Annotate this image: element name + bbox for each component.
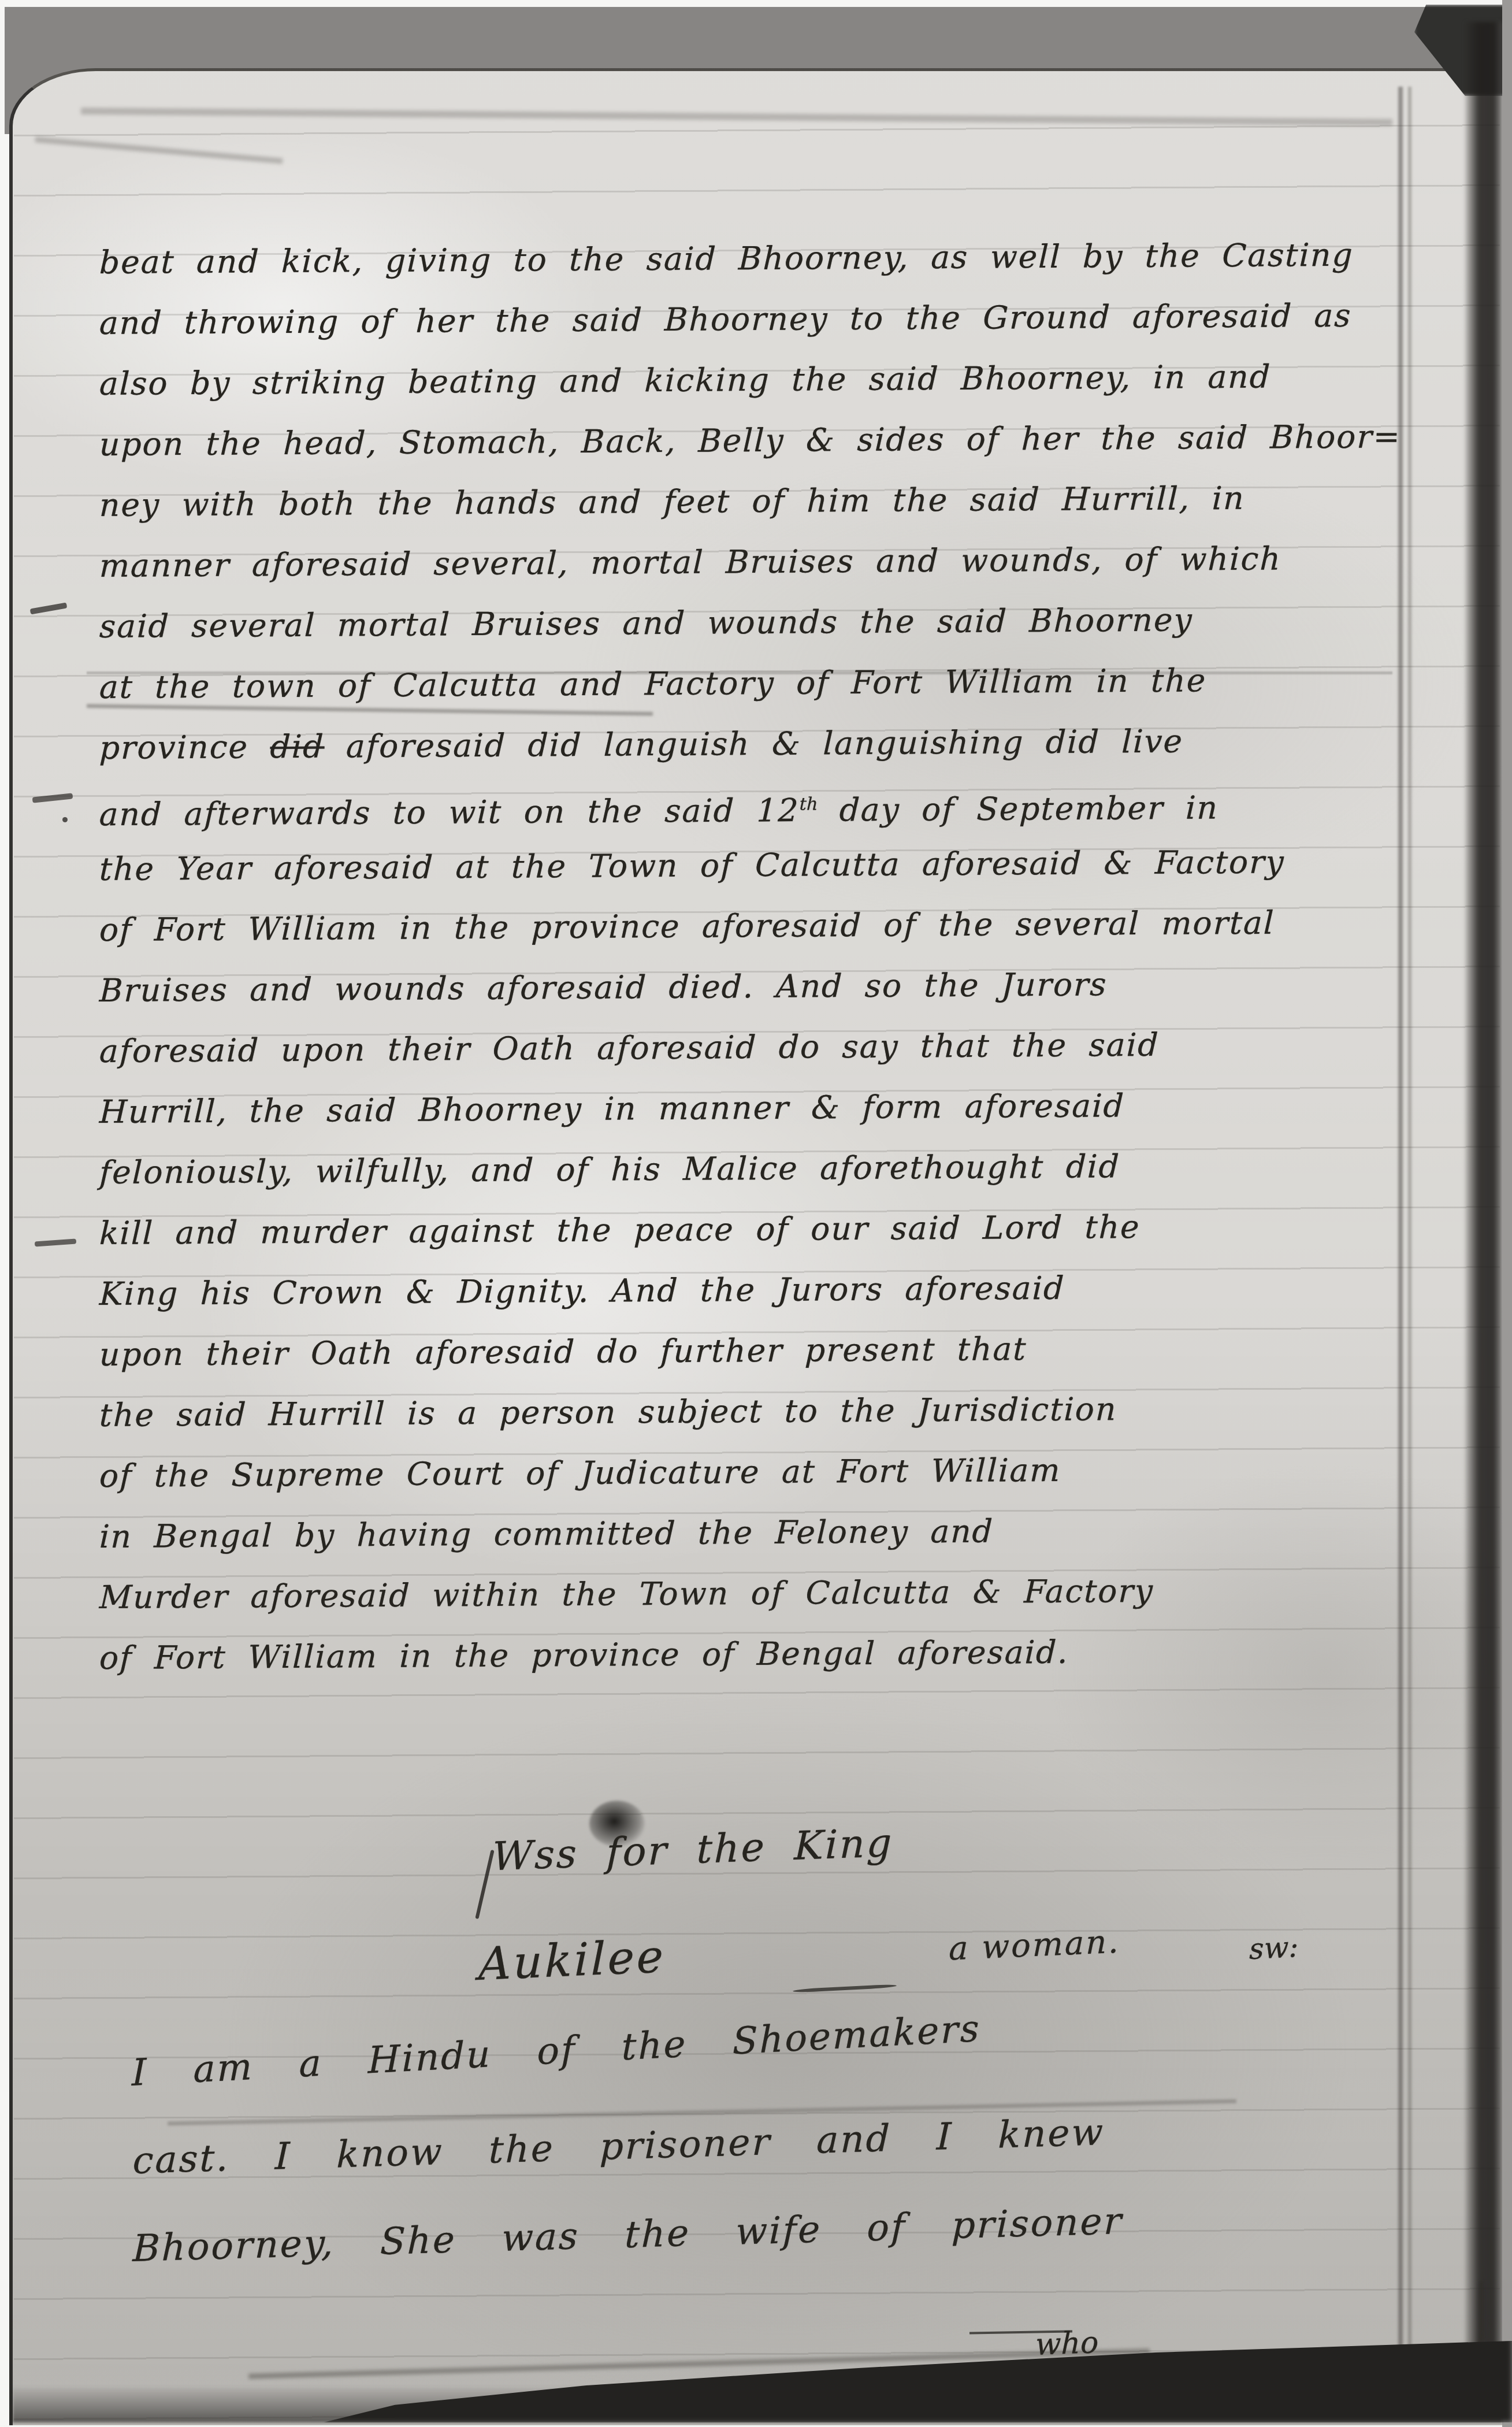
manuscript-line: province did aforesaid did languish & la… bbox=[98, 710, 1402, 778]
struck-through-word: did bbox=[270, 728, 325, 766]
manuscript-line: Murder aforesaid within the Town of Calc… bbox=[98, 1559, 1402, 1628]
manuscript-line: the Year aforesaid at the Town of Calcut… bbox=[98, 831, 1402, 900]
indictment-lines: beat and kick, giving to the said Bhoorn… bbox=[99, 232, 1401, 1688]
catchword: who bbox=[1035, 2325, 1099, 2362]
scanner-right-edge bbox=[1502, 0, 1512, 2427]
manuscript-line: King his Crown & Dignity. And the Jurors… bbox=[98, 1256, 1402, 1324]
manuscript-line: Hurrill, the said Bhoorney in manner & f… bbox=[98, 1074, 1402, 1142]
manuscript-line: manner aforesaid several, mortal Bruises… bbox=[98, 528, 1402, 596]
manuscript-line: at the town of Calcutta and Factory of F… bbox=[98, 649, 1402, 718]
testimony-text-block: I am a Hindu of the Shoemakerscast. I kn… bbox=[132, 2029, 1123, 2293]
manuscript-line: ney with both the hands and feet of him … bbox=[98, 467, 1402, 536]
manuscript-line: and afterwards to wit on the said 12th d… bbox=[98, 770, 1402, 839]
testimony-lines: I am a Hindu of the Shoemakerscast. I kn… bbox=[132, 2029, 1123, 2293]
witness-name: Aukilee bbox=[478, 1931, 666, 1991]
manuscript-line: aforesaid upon their Oath aforesaid do s… bbox=[98, 1013, 1402, 1082]
manuscript-line: of the Supreme Court of Judicature at Fo… bbox=[98, 1438, 1402, 1506]
manuscript-line: of Fort William in the province of Benga… bbox=[98, 1620, 1402, 1688]
witness-descriptor: a woman. bbox=[949, 1923, 1120, 1968]
manuscript-line: kill and murder against the peace of our… bbox=[98, 1195, 1402, 1264]
manuscript-line: feloniously, wilfully, and of his Malice… bbox=[98, 1134, 1402, 1203]
manuscript-line: also by striking beating and kicking the… bbox=[98, 346, 1402, 414]
manuscript-line: upon their Oath aforesaid do further pre… bbox=[98, 1316, 1402, 1385]
indictment-text-block: beat and kick, giving to the said Bhoorn… bbox=[99, 232, 1401, 1688]
scanned-page: beat and kick, giving to the said Bhoorn… bbox=[0, 0, 1512, 2427]
manuscript-line: in Bengal by having committed the Felone… bbox=[98, 1498, 1402, 1567]
manuscript-line: the said Hurrill is a person subject to … bbox=[98, 1377, 1402, 1446]
manuscript-line: said several mortal Bruises and wounds t… bbox=[98, 588, 1402, 657]
manuscript-line: beat and kick, giving to the said Bhoorn… bbox=[98, 224, 1402, 293]
manuscript-line: Bruises and wounds aforesaid died. And s… bbox=[98, 952, 1402, 1021]
manuscript-line: upon the head, Stomach, Back, Belly & si… bbox=[98, 406, 1402, 475]
manuscript-line: and throwing of her the said Bhoorney to… bbox=[98, 285, 1402, 354]
sworn-abbreviation: sw: bbox=[1249, 1930, 1298, 1966]
superscript-ordinal: th bbox=[799, 794, 818, 814]
manuscript-line: of Fort William in the province aforesai… bbox=[98, 892, 1402, 960]
